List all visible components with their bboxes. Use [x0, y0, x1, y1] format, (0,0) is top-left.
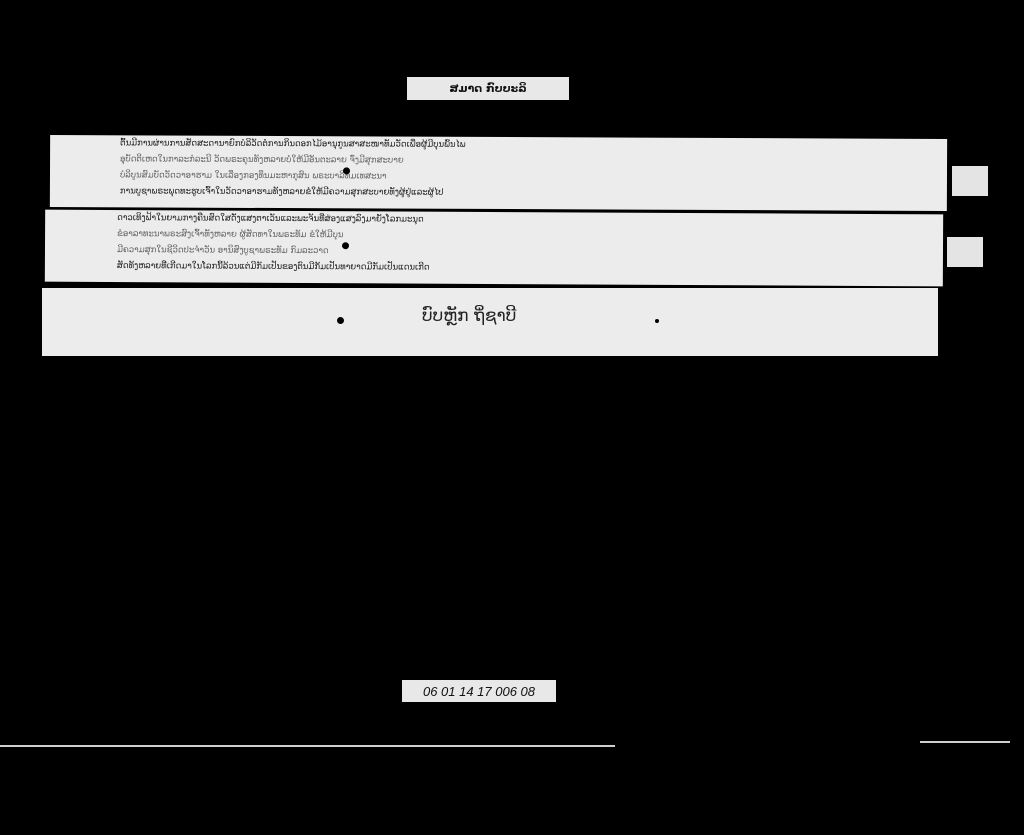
binding-hole	[342, 242, 349, 249]
manuscript-title-text: ສມາດ ກົບບະລິ	[449, 82, 526, 95]
palm-leaf-cover: ບົບຫຼັກ ຖິ່ຊາບີ	[42, 288, 938, 356]
catalog-id-label: 06 01 14 17 006 08	[402, 680, 556, 702]
binding-hole	[343, 167, 350, 174]
leaf-1-line-4: ການບູຊາພຣະພຸດທະຮູບເຈົ້າໃນວັດວາອາຮາມທັງຫລ…	[120, 183, 940, 203]
manuscript-title-label: ສມາດ ກົບບະລິ	[407, 77, 569, 100]
binding-hole	[337, 317, 344, 324]
scan-edge-line-right	[920, 741, 1010, 743]
scan-edge-line-left	[0, 745, 615, 747]
binding-hole-small	[655, 319, 659, 323]
side-tab-2	[947, 237, 983, 267]
catalog-id-text: 06 01 14 17 006 08	[423, 684, 535, 699]
palm-leaf-2: ດາວເທິງຟ້າໃນຍາມກາງຄືນສົດໃສດັ່ງແສງຕາເວັນແ…	[45, 210, 943, 287]
palm-leaf-1: ຕົ້ນມີການຜ່ານການສັດສະດານາຍົກບໍລິວັດຕໍ່ກາ…	[50, 135, 947, 211]
side-tab-1	[952, 166, 988, 196]
leaf-2-line-4: ສັດທັງຫລາຍທີ່ເກີດມາໃນໂລກນີ້ລ້ວນແຕ່ມີກັມເ…	[117, 258, 937, 278]
cover-title: ບົບຫຼັກ ຖິ່ຊາບີ	[422, 306, 516, 326]
